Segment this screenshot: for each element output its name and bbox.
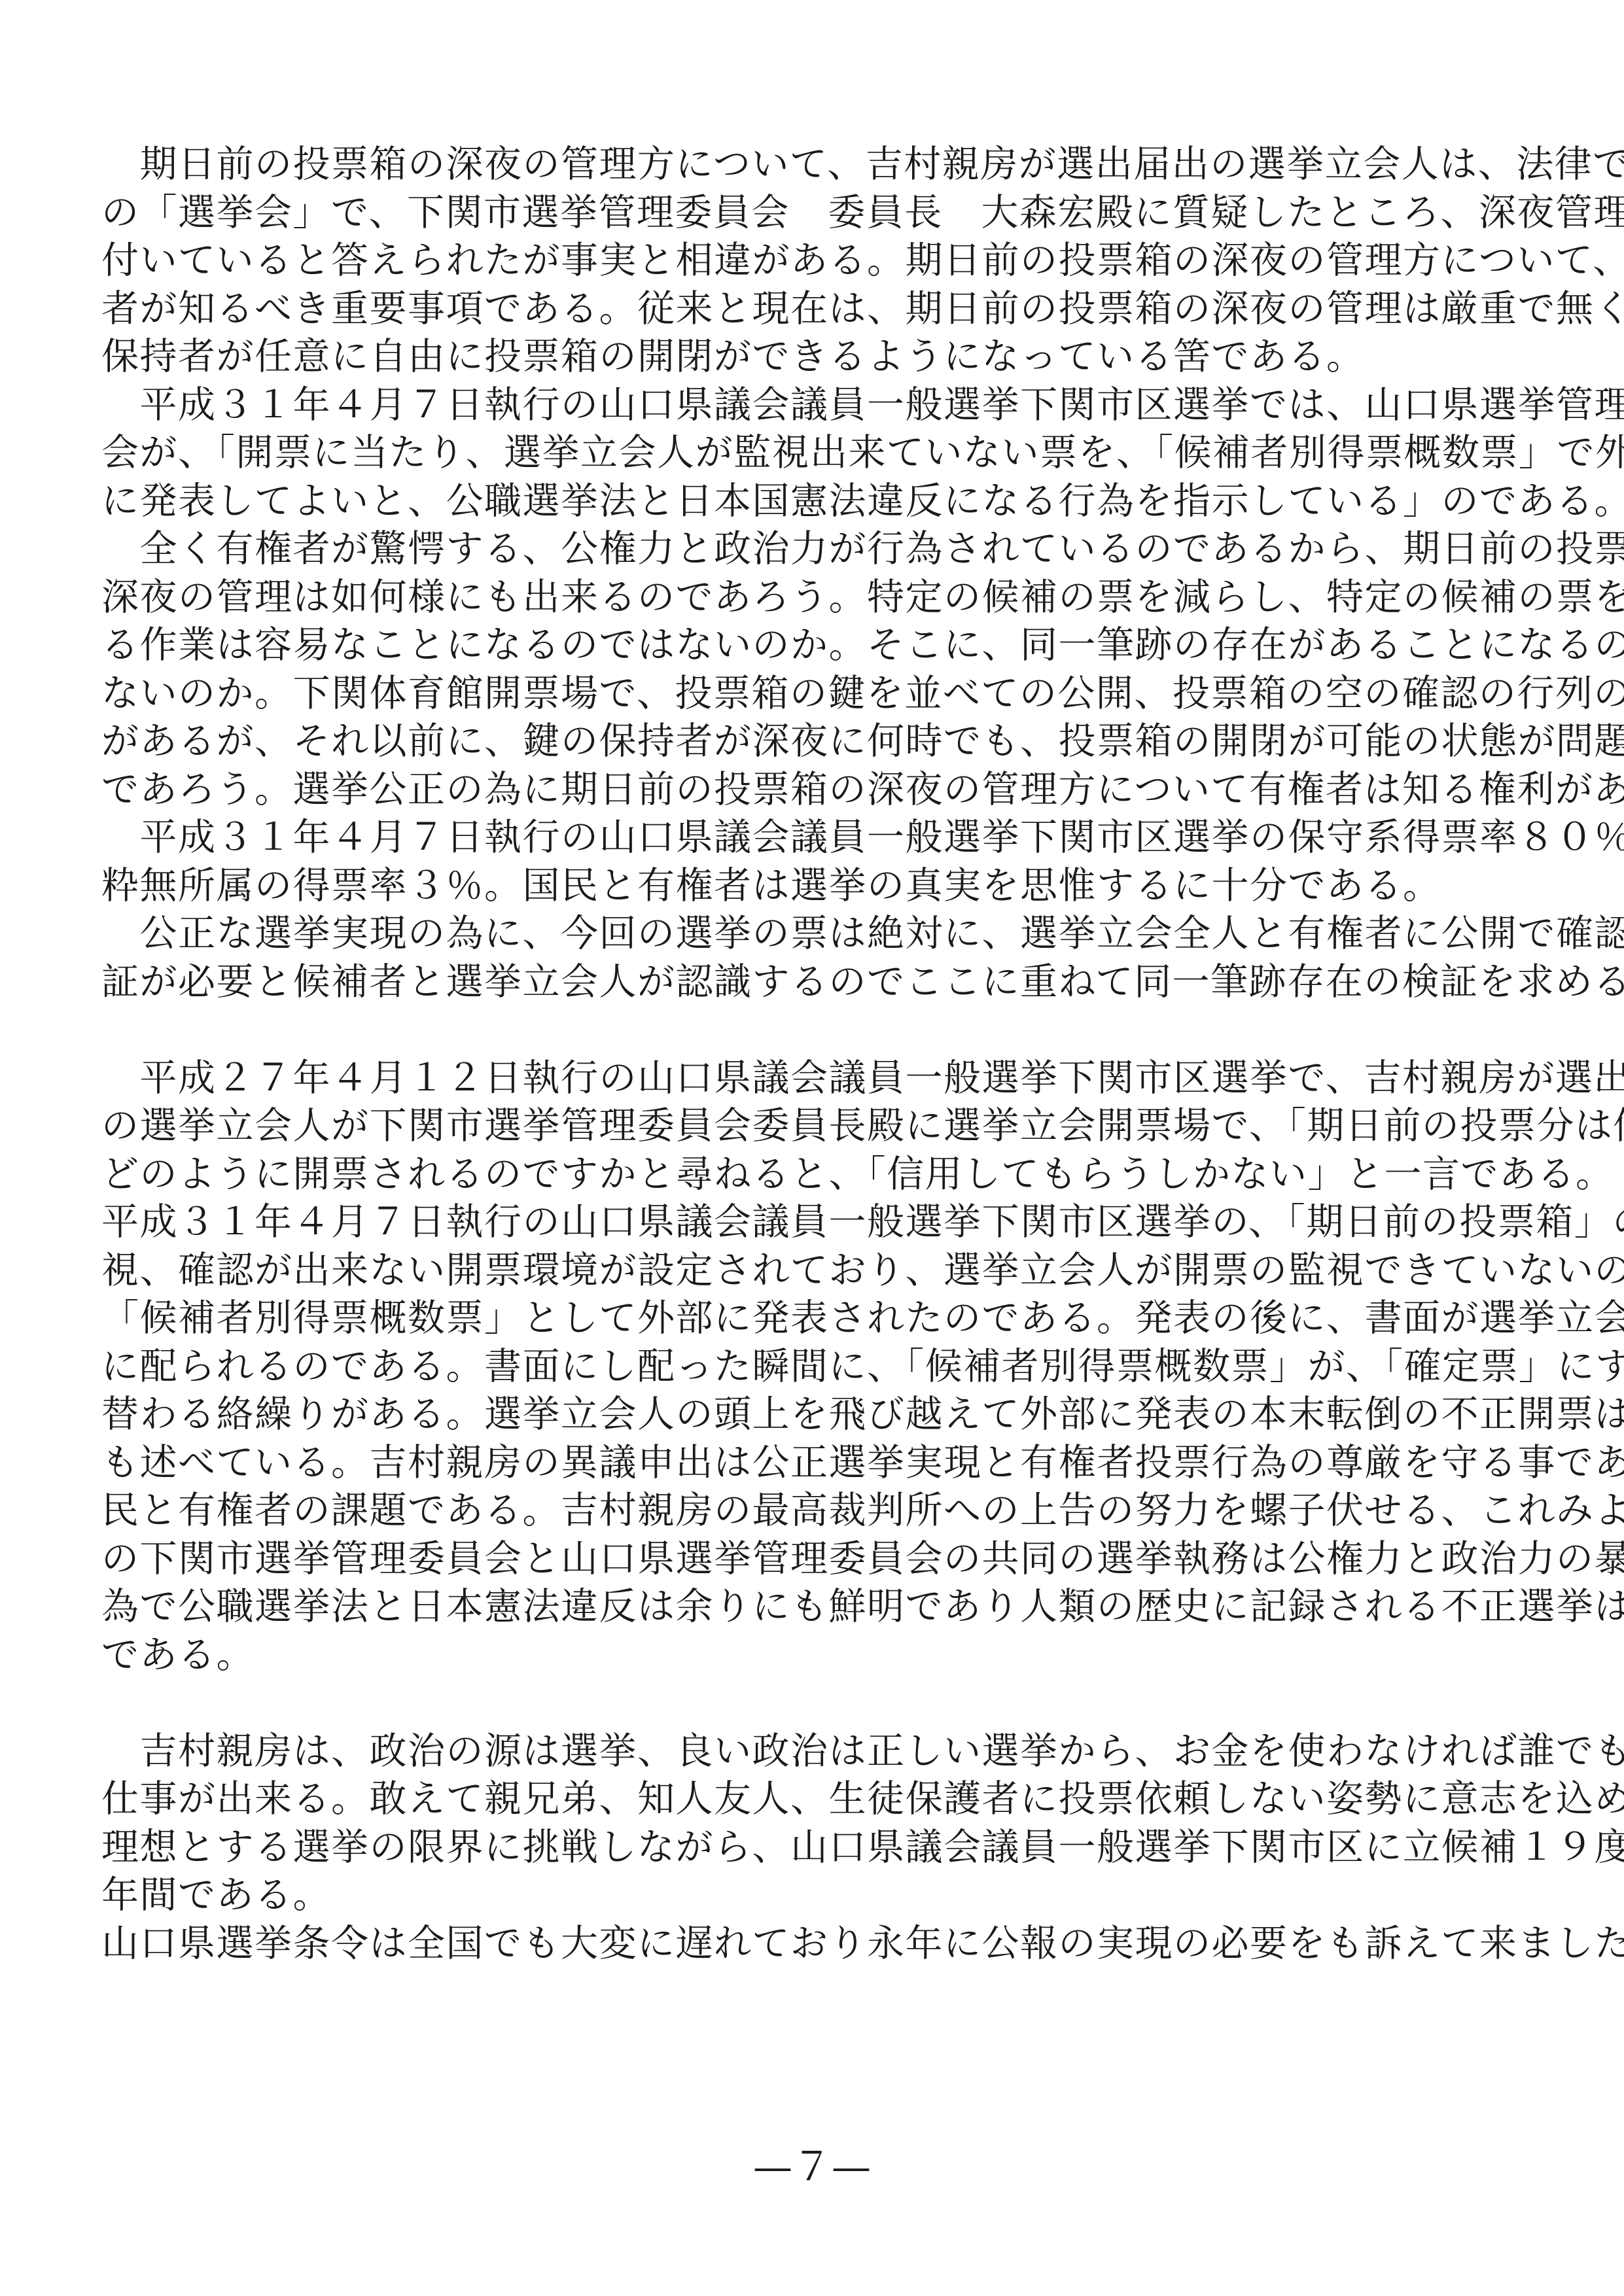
text-line: 平成３１年４月７日執行の山口県議会議員一般選挙下関市区選挙では、山口県選挙管理委… [101,381,1561,430]
text-line: に発表してよいと、公職選挙法と日本国憲法違反になる行為を指示している」のである。 [101,478,1561,526]
text-line: の選挙立会人が下関市選挙管理委員会委員長殿に選挙立会開票場で、「期日前の投票分は… [101,1102,1561,1151]
text-line: 証が必要と候補者と選挙立会人が認識するのでここに重ねて同一筆跡存在の検証を求める… [101,958,1561,1007]
text-line: ないのか。下関体育館開票場で、投票箱の鍵を並べての公開、投票箱の空の確認の行列の… [101,670,1561,718]
text-line: に配られるのである。書面にし配った瞬間に、「候補者別得票概数票」が、「確定票」に… [101,1343,1561,1391]
text-line: 山口県選挙条令は全国でも大変に遅れており永年に公報の実現の必要をも訴えて来ました… [101,1920,1561,1968]
text-line: があるが、それ以前に、鍵の保持者が深夜に何時でも、投票箱の開閉が可能の状態が問題… [101,718,1561,766]
text-line: である。 [101,1631,1561,1680]
text-line: 深夜の管理は如何様にも出来るのであろう。特定の候補の票を減らし、特定の候補の票を… [101,574,1561,622]
text-line: 年間である。 [101,1871,1561,1920]
text-line: の下関市選挙管理委員会と山口県選挙管理委員会の共同の選挙執務は公権力と政治力の暴… [101,1535,1561,1584]
text-line: 公正な選挙実現の為に、今回の選挙の票は絶対に、選挙立会全人と有権者に公開で確認と… [101,910,1561,958]
paragraph-early-voting-management: 期日前の投票箱の深夜の管理方について、吉村親房が選出届出の選挙立会人は、法律で定… [101,141,1561,381]
text-line: 平成３１年４月７日執行の山口県議会議員一般選挙下関市区選挙の、「期日前の投票箱」… [101,1198,1561,1247]
paragraph-gap [101,1679,1561,1728]
text-line: 平成２７年４月１２日執行の山口県議会議員一般選挙下関市区選挙で、吉村親房が選出届… [101,1054,1561,1103]
paragraph-h31-committee-instruction: 平成３１年４月７日執行の山口県議会議員一般選挙下関市区選挙では、山口県選挙管理委… [101,381,1561,526]
text-line: 付いていると答えられたが事実と相違がある。期日前の投票箱の深夜の管理方について、… [101,237,1561,285]
document-body: 期日前の投票箱の深夜の管理方について、吉村親房が選出届出の選挙立会人は、法律で定… [101,141,1561,1968]
text-line: 吉村親房は、政治の源は選挙、良い政治は正しい選挙から、お金を使わなければ誰でも良… [101,1728,1561,1776]
paragraph-gap [101,1006,1561,1054]
paragraph-election-ordinance: 山口県選挙条令は全国でも大変に遅れており永年に公報の実現の必要をも訴えて来ました… [101,1920,1561,1968]
text-line: る作業は容易なことになるのではないのか。そこに、同一筆跡の存在があることになるの… [101,621,1561,670]
text-line: 平成３１年４月７日執行の山口県議会議員一般選挙下関市区選挙の保守系得票率８０％。… [101,814,1561,862]
text-line: 粋無所属の得票率３％。国民と有権者は選挙の真実を思惟するに十分である。 [101,862,1561,911]
text-line: 理想とする選挙の限界に挑戦しながら、山口県議会議員一般選挙下関市区に立候補１９度… [101,1824,1561,1872]
text-line: の「選挙会」で、下関市選挙管理委員会 委員長 大森宏殿に質疑したところ、深夜管理… [101,189,1561,237]
page-number: —７— [0,2136,1624,2192]
text-line: どのように開票されるのですかと尋ねると、「信用してもらうしかない」と一言である。 [101,1151,1561,1199]
paragraph-h27-election: 平成２７年４月１２日執行の山口県議会議員一般選挙下関市区選挙で、吉村親房が選出届… [101,1054,1561,1199]
text-line: 会が、「開票に当たり、選挙立会人が監視出来ていない票を、「候補者別得票概数票」で… [101,429,1561,478]
text-line: 民と有権者の課題である。吉村親房の最高裁判所への上告の努力を螺子伏せる、これみよ… [101,1487,1561,1535]
text-line: 期日前の投票箱の深夜の管理方について、吉村親房が選出届出の選挙立会人は、法律で定… [101,141,1561,189]
text-line: 視、確認が出来ない開票環境が設定されており、選挙立会人が開票の監視できていないの… [101,1247,1561,1295]
text-line: 者が知るべき重要事項である。従来と現在は、期日前の投票箱の深夜の管理は厳重で無く… [101,285,1561,334]
text-line: 仕事が出来る。敢えて親兄弟、知人友人、生徒保護者に投票依頼しない姿勢に意志を込め… [101,1775,1561,1824]
text-line: 全く有権者が驚愕する、公権力と政治力が行為されているのであるから、期日前の投票箱… [101,525,1561,574]
paragraph-verification-request: 公正な選挙実現の為に、今回の選挙の票は絶対に、選挙立会全人と有権者に公開で確認と… [101,910,1561,1006]
text-line: 為で公職選挙法と日本憲法違反は余りにも鮮明であり人類の歴史に記録される不正選挙は… [101,1583,1561,1631]
text-line: 替わる絡繰りがある。選挙立会人の頭上を飛び越えて外部に発表の本末転倒の不正開票は… [101,1391,1561,1439]
text-line: も述べている。吉村親房の異議申出は公正選挙実現と有権者投票行為の尊厳を守る事であ… [101,1439,1561,1487]
text-line: 保持者が任意に自由に投票箱の開閉ができるようになっている筈である。 [101,333,1561,381]
paragraph-vote-share: 平成３１年４月７日執行の山口県議会議員一般選挙下関市区選挙の保守系得票率８０％。… [101,814,1561,910]
text-line: 「候補者別得票概数票」として外部に発表されたのである。発表の後に、書面が選挙立会… [101,1295,1561,1343]
paragraph-candidate-philosophy: 吉村親房は、政治の源は選挙、良い政治は正しい選挙から、お金を使わなければ誰でも良… [101,1728,1561,1920]
paragraph-h31-counting-environment: 平成３１年４月７日執行の山口県議会議員一般選挙下関市区選挙の、「期日前の投票箱」… [101,1198,1561,1679]
text-line: であろう。選挙公正の為に期日前の投票箱の深夜の管理方について有権者は知る権利があ… [101,766,1561,814]
paragraph-public-power: 全く有権者が驚愕する、公権力と政治力が行為されているのであるから、期日前の投票箱… [101,525,1561,814]
